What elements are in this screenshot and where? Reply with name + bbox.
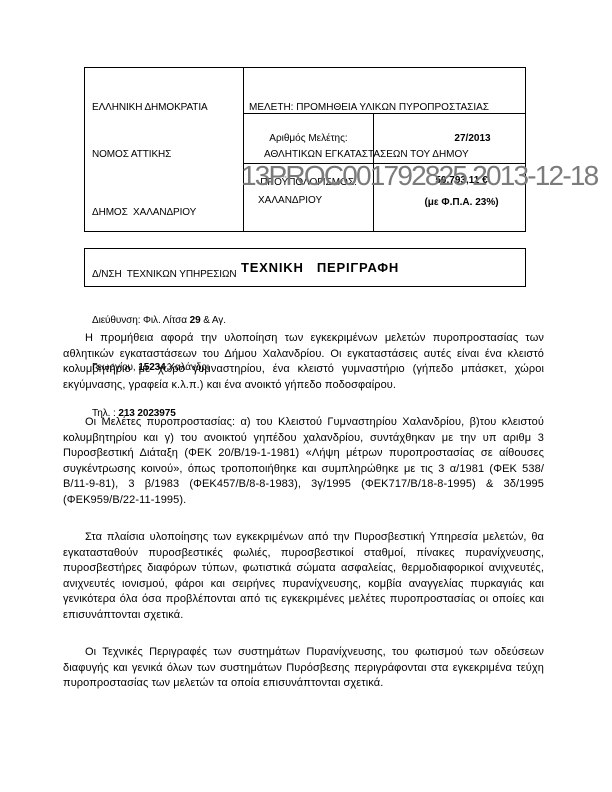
study-number-label: Αριθμός Μελέτης: bbox=[244, 114, 374, 164]
document-title-box: ΤΕΧΝΙΚΗ ΠΕΡΙΓΡΑΦΗ bbox=[84, 248, 526, 287]
authority-address-line1: Διεύθυνση: Φιλ. Λίτσα 29 & Αγ. bbox=[92, 313, 242, 329]
authority-municipality-line: ΔΗΜΟΣ ΧΑΛΑΝΔΡΙΟΥ bbox=[92, 205, 242, 221]
paragraph-studies: Οι Μελέτες πυροπροστασίας: α) του Κλειστ… bbox=[63, 415, 544, 508]
issuing-authority-block: ΕΛΛΗΝΙΚΗ ΔΗΜΟΚΡΑΤΙΑ ΝΟΜΟΣ ΑΤΤΙΚΗΣ ΔΗΜΟΣ … bbox=[85, 68, 244, 231]
address-prefix: Διεύθυνση: Φιλ. Λίτσα bbox=[92, 315, 190, 326]
header-table: ΕΛΛΗΝΙΚΗ ΔΗΜΟΚΡΑΤΙΑ ΝΟΜΟΣ ΑΤΤΙΚΗΣ ΔΗΜΟΣ … bbox=[84, 67, 526, 232]
paragraph-specs: Οι Τεχνικές Περιγραφές των συστημάτων Πυ… bbox=[63, 645, 544, 692]
paragraph-intro: Η προμήθεια αφορά την υλοποίηση των εγκε… bbox=[63, 331, 544, 393]
protocol-watermark: 13PROC001792825 2013-12-18 bbox=[241, 160, 597, 192]
document-title: ΤΕΧΝΙΚΗ ΠΕΡΙΓΡΑΦΗ bbox=[241, 260, 399, 275]
address-number: 29 bbox=[190, 315, 201, 326]
study-number-value: 27/2013 bbox=[374, 114, 525, 164]
paragraph-equipment: Στα πλαίσια υλοποίησης των εγκεκριμένων … bbox=[63, 530, 544, 623]
address-suffix: & Αγ. bbox=[201, 315, 226, 326]
document-page: 13PROC001792825 2013-12-18 ΕΛΛΗΝΙΚΗ ΔΗΜΟ… bbox=[0, 0, 612, 792]
authority-republic-line: ΕΛΛΗΝΙΚΗ ΔΗΜΟΚΡΑΤΙΑ bbox=[92, 100, 242, 116]
project-title-cell: ΜΕΛΕΤΗ: ΠΡΟΜΗΘΕΙΑ ΥΛΙΚΩΝ ΠΥΡΟΠΡΟΣΤΑΣΙΑΣ … bbox=[244, 68, 525, 114]
authority-prefecture-line: ΝΟΜΟΣ ΑΤΤΙΚΗΣ bbox=[92, 147, 242, 163]
document-body: Η προμήθεια αφορά την υλοποίηση των εγκε… bbox=[63, 331, 544, 714]
budget-vat-note: (με Φ.Π.Α. 23%) bbox=[398, 192, 525, 214]
